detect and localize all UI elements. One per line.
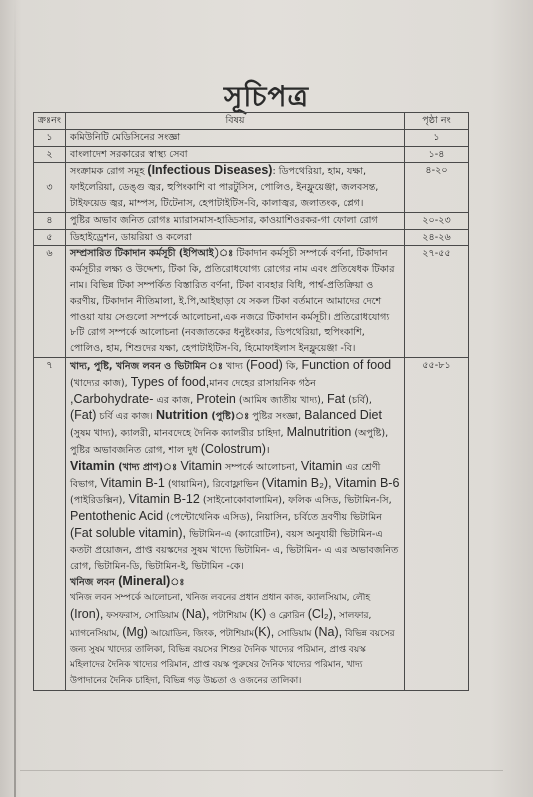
header-pages: পৃষ্ঠা নং (405, 113, 469, 130)
text-en: (Na), (182, 607, 210, 621)
text-en: (Iron), (70, 607, 103, 621)
text-en: Vitamin (301, 459, 342, 473)
text: খাদ্য (223, 361, 246, 372)
text-en: Malnutrition (287, 425, 352, 439)
section-heading: Vitamin (70, 459, 115, 473)
text: চর্বি এর কাজ। (96, 411, 156, 422)
table-row: ২ বাংলাদেশ সরকারের স্বাস্থ্য সেবা ১-৪ (34, 146, 469, 163)
text: পুষ্টির সংজ্ঞা, (249, 411, 304, 422)
table-row: ৪ পুষ্টির অভাব জনিত রোগঃ ম্যারাসমাস-হাড্… (34, 212, 469, 229)
row-serial: ৫ (34, 229, 66, 246)
text: (পাইরিডক্সিন), (70, 495, 128, 506)
text-en: (K) (250, 607, 267, 621)
row-subject: ডিহাইড্রেশন, ডায়রিয়া ও কলেরা (66, 229, 405, 246)
row-serial: ৪ (34, 212, 66, 229)
section-heading: খাদ্য, পুষ্টি, খনিজ লবন ও ভিটামিন ঃ (70, 361, 223, 372)
section-vitamin: Vitamin (খাদ্য প্রাণ)ঃ Vitamin সম্পর্কে … (70, 459, 400, 575)
row-pages: ১-৪ (405, 146, 469, 163)
text-bold: (খাদ্য প্রাণ)ঃ (115, 462, 181, 473)
text-en: (Fat) (70, 408, 96, 422)
row-subject: কমিউনিটি মেডিসিনের সংজ্ঞা (66, 129, 405, 146)
subject-rest: টিকাদান কর্মসূচী সম্পর্কে বর্ণনা, টিকাদা… (70, 248, 394, 354)
text: পটাশিয়াম (210, 611, 250, 621)
text: (সুষম খাদ্য), ক্যালরী, মানবদেহে দৈনিক ক্… (70, 428, 287, 439)
text-en: Fat (327, 392, 345, 406)
row-subject: বাংলাদেশ সরকারের স্বাস্থ্য সেবা (66, 146, 405, 163)
text: ও ক্লোরিন (266, 611, 307, 621)
text-en: (Cl₂), (308, 607, 336, 621)
text-en: ,Carbohydrate- (70, 392, 153, 406)
text: (খাদ্যের কাজ), (70, 378, 131, 389)
text-en: (Colostrum) (201, 442, 266, 456)
row-subject: খাদ্য, পুষ্টি, খনিজ লবন ও ভিটামিন ঃ খাদ্… (66, 357, 405, 690)
row-subject: সম্প্রসারিত টিকাদান কর্মসূচী (ইপিআই)ঃ টি… (66, 246, 405, 358)
section-food-nutrition: খাদ্য, পুষ্টি, খনিজ লবন ও ভিটামিন ঃ খাদ্… (70, 358, 400, 459)
text-en: (Food) (246, 358, 283, 372)
page-bottom-fold (20, 770, 503, 771)
text-en: Vitamin (180, 459, 221, 473)
text-en: Protein (196, 392, 236, 406)
text: সম্পর্কে আলোচনা, (222, 462, 301, 473)
text-en: (Vitamin B₂), Vitamin B-6 (262, 476, 400, 490)
text-en: (Mg) (122, 625, 148, 639)
section-mineral: খনিজ লবন সম্পর্কে আলোচনা, খনিজ লবনের প্র… (70, 591, 400, 690)
row-serial: ২ (34, 146, 66, 163)
text-en: Pentothenic Acid (70, 509, 163, 523)
text: (আমিষ জাতীয় খাদ্য), (236, 395, 327, 406)
text: কি, (283, 361, 302, 372)
text: আয়োডিন, জিংক, পটাশিয়াম (148, 629, 254, 639)
subject-lead: সংক্রামক রোগ সমূহ (70, 166, 147, 177)
row-pages: ৪-২০ (405, 163, 469, 212)
text: ফসফরাস, সোডিয়াম (103, 611, 181, 621)
text-en-bold: (Mineral) (118, 574, 170, 588)
row-subject: পুষ্টির অভাব জনিত রোগঃ ম্যারাসমাস-হাড্ডি… (66, 212, 405, 229)
text: (চর্বি), (345, 395, 372, 406)
header-serial: ক্রঃনং (34, 113, 66, 130)
table-row: ৭ খাদ্য, পুষ্টি, খনিজ লবন ও ভিটামিন ঃ খা… (34, 357, 469, 690)
subject-lead: সম্প্রসারিত টিকাদান কর্মসূচী (ইপিআই)ঃ (70, 248, 233, 259)
text-en: Vitamin B-1 (100, 476, 164, 490)
table-header-row: ক্রঃনং বিষয় পৃষ্ঠা নং (34, 113, 469, 130)
text-en: Balanced Diet (304, 408, 382, 422)
table-row: ১ কমিউনিটি মেডিসিনের সংজ্ঞা ১ (34, 129, 469, 146)
row-serial: ৭ (34, 357, 66, 690)
row-subject: সংক্রামক রোগ সমূহ (Infectious Diseases):… (66, 163, 405, 212)
text: এর কাজ, (153, 395, 196, 406)
text: (থায়ামিন), রিবোফ্লাভিন (165, 479, 262, 490)
text-en-bold: Nutrition (156, 408, 208, 422)
table-row: ৫ ডিহাইড্রেশন, ডায়রিয়া ও কলেরা ২৪-২৬ (34, 229, 469, 246)
row-pages: ১ (405, 129, 469, 146)
text-en: Types of food, (131, 375, 210, 389)
row-serial: ৩ (34, 163, 66, 212)
text-en: Function of food (301, 358, 391, 372)
row-pages: ২৪-২৬ (405, 229, 469, 246)
row-pages: ৫৫-৮১ (405, 357, 469, 690)
row-serial: ১ (34, 129, 66, 146)
text-en: (Fat soluble vitamin), (70, 526, 186, 540)
row-pages: ২৭-৫৫ (405, 246, 469, 358)
table-row: ৬ সম্প্রসারিত টিকাদান কর্মসূচী (ইপিআই)ঃ … (34, 246, 469, 358)
row-serial: ৬ (34, 246, 66, 358)
text: সোডিয়াম (274, 629, 314, 639)
text: মানব দেহের রাসায়নিক গঠন (209, 378, 316, 389)
text: (সাইনোকোবালামিন), ফলিক এসিড, ভিটামিন-সি, (200, 495, 392, 506)
text: খনিজ লবন সম্পর্কে আলোচনা, খনিজ লবনের প্র… (70, 593, 370, 603)
text: । (266, 445, 270, 456)
text-bold: ঃ (170, 577, 184, 588)
text: (পেন্টোথেনিক এসিড), নিয়াসিন, চর্বিতে দ্… (163, 512, 382, 523)
subject-english: (Infectious Diseases) (147, 163, 272, 177)
section-mineral-heading: খনিজ লবন (Mineral)ঃ (70, 574, 400, 591)
text-bold: (পুষ্টি)ঃ (208, 411, 249, 422)
section-heading: খনিজ লবন (70, 577, 118, 588)
row-pages: ২০-২৩ (405, 212, 469, 229)
table-of-contents: ক্রঃনং বিষয় পৃষ্ঠা নং ১ কমিউনিটি মেডিসি… (33, 112, 469, 691)
table-row: ৩ সংক্রামক রোগ সমূহ (Infectious Diseases… (34, 163, 469, 212)
text-en: Vitamin B-12 (128, 492, 199, 506)
text-en: (Na), (314, 625, 342, 639)
header-subject: বিষয় (66, 113, 405, 130)
text-en: (K), (254, 625, 274, 639)
